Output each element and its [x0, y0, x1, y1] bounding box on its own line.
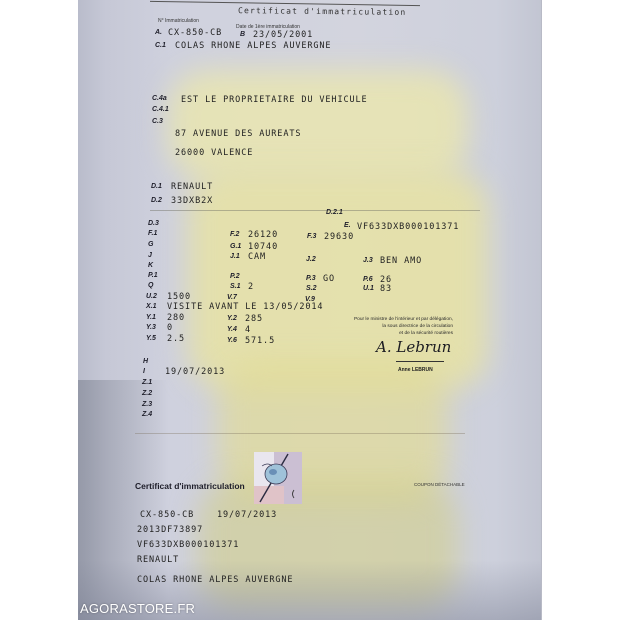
field-Y6-label: Y.6: [227, 337, 237, 344]
field-Y5-value: 2.5: [167, 334, 185, 344]
field-Y1-label: Y.1: [146, 314, 156, 321]
field-D2-label: D.2: [151, 197, 162, 204]
field-V7-label: V.7: [227, 294, 237, 301]
field-Y4-value: 4: [245, 325, 251, 335]
hologram-stamp: [254, 452, 302, 504]
field-J3-value: BEN AMO: [380, 256, 422, 266]
field-H-label: H: [143, 358, 148, 365]
field-G-label: G: [148, 241, 153, 248]
field-Z1-label: Z.1: [142, 379, 152, 386]
field-S1-value: 2: [248, 282, 254, 292]
field-B-label: B: [240, 31, 245, 38]
field-J-label: J: [148, 252, 152, 259]
yellow-tint: [218, 360, 448, 500]
field-C4a-label: C.4a: [152, 95, 167, 102]
field-J1-label: J.1: [230, 253, 240, 260]
field-Y6-value: 571.5: [245, 336, 275, 346]
yellow-tint: [168, 70, 468, 180]
coupon-holder: COLAS RHONE ALPES AUVERGNE: [137, 575, 293, 585]
authority-line-3: et de la sécurité routières: [320, 330, 453, 337]
field-U2-value: 1500: [167, 292, 191, 302]
field-Y4-label: Y.4: [227, 326, 237, 333]
field-U1-label: U.1: [363, 285, 374, 292]
field-X1-value: VISITE AVANT LE 13/05/2014: [167, 302, 323, 312]
registration-number-label: N° Immatriculation: [158, 18, 199, 24]
field-A-label: A.: [155, 29, 162, 36]
field-E-value: VF633DXB000101371: [357, 222, 459, 232]
field-Y2-value: 285: [245, 314, 263, 324]
field-G1-value: 10740: [248, 242, 278, 252]
field-Y1-value: 280: [167, 313, 185, 323]
field-I-value: 19/07/2013: [165, 367, 225, 377]
coupon-date: 19/07/2013: [217, 510, 277, 520]
field-Z4-label: Z.4: [142, 411, 152, 418]
field-C41-label: C.4.1: [152, 106, 169, 113]
field-D21-label: D.2.1: [326, 209, 343, 216]
field-D1-label: D.1: [151, 183, 162, 190]
field-J1-value: CAM: [248, 252, 266, 262]
field-C3-label: C.3: [152, 118, 163, 125]
yellow-tint: [188, 170, 488, 390]
field-D1-value: RENAULT: [171, 182, 213, 192]
authority-line-1: Pour le ministre de l'intérieur et par d…: [320, 316, 453, 323]
field-Y5-label: Y.5: [146, 335, 156, 342]
field-D2-value: 33DXB2X: [171, 196, 213, 206]
field-Q-label: Q: [148, 282, 153, 289]
field-F2-value: 26120: [248, 230, 278, 240]
signature-line: [396, 361, 444, 362]
field-U1-value: 83: [380, 284, 392, 294]
field-X1-label: X.1: [146, 303, 157, 310]
watermark: AGORASTORE.FR: [80, 601, 195, 616]
coupon-make: RENAULT: [137, 555, 179, 565]
coupon-detachable-label: COUPON DÉTACHABLE: [414, 482, 465, 487]
field-Y2-label: Y.2: [227, 315, 237, 322]
field-Z3-label: Z.3: [142, 401, 152, 408]
field-A-value: CX-850-CB: [168, 28, 222, 38]
coupon-tear-line: [135, 433, 465, 434]
field-F3-value: 29630: [324, 232, 354, 242]
field-P1-label: P.1: [148, 272, 158, 279]
field-C3-address-line1: 87 AVENUE DES AUREATS: [175, 129, 301, 139]
field-E-label: E.: [344, 222, 351, 229]
field-D3-label: D.3: [148, 220, 159, 227]
coupon-formula-number: 2013DF73897: [137, 525, 203, 535]
field-F1-label: F.1: [148, 230, 157, 237]
field-C1-label: C.1: [155, 42, 166, 49]
field-K-label: K: [148, 262, 153, 269]
authority-line-2: la sous directrice de la circulation: [320, 323, 453, 330]
signature: A. Lebrun: [376, 338, 451, 356]
field-F2-label: F.2: [230, 231, 239, 238]
field-P3-label: P.3: [306, 275, 316, 282]
field-C4a-value: EST LE PROPRIETAIRE DU VEHICULE: [181, 95, 368, 105]
field-J3-label: J.3: [363, 257, 373, 264]
coupon-vin: VF633DXB000101371: [137, 540, 239, 550]
coupon-title: Certificat d'immatriculation: [135, 481, 245, 491]
field-I-label: I: [143, 368, 145, 375]
field-S1-label: S.1: [230, 283, 241, 290]
field-S2-label: S.2: [306, 285, 317, 292]
field-F3-label: F.3: [307, 233, 316, 240]
field-Z2-label: Z.2: [142, 390, 152, 397]
field-B-value: 23/05/2001: [253, 30, 313, 40]
document-title: Certificat d'immatriculation: [238, 6, 407, 17]
coupon-plate: CX-850-CB: [140, 510, 194, 520]
field-P3-value: GO: [323, 274, 335, 284]
field-G1-label: G.1: [230, 243, 241, 250]
field-P6-label: P.6: [363, 276, 373, 283]
field-U2-label: U.2: [146, 293, 157, 300]
field-J2-label: J.2: [306, 256, 316, 263]
authority-text: Pour le ministre de l'intérieur et par d…: [320, 316, 453, 337]
field-C1-value: COLAS RHONE ALPES AUVERGNE: [175, 41, 331, 51]
field-Y3-label: Y.3: [146, 324, 156, 331]
signer-name: Anne LEBRUN: [398, 367, 433, 373]
field-Y3-value: 0: [167, 323, 173, 333]
field-P2-label: P.2: [230, 273, 240, 280]
field-C3-address-line2: 26000 VALENCE: [175, 148, 253, 158]
section-divider: [150, 210, 480, 211]
